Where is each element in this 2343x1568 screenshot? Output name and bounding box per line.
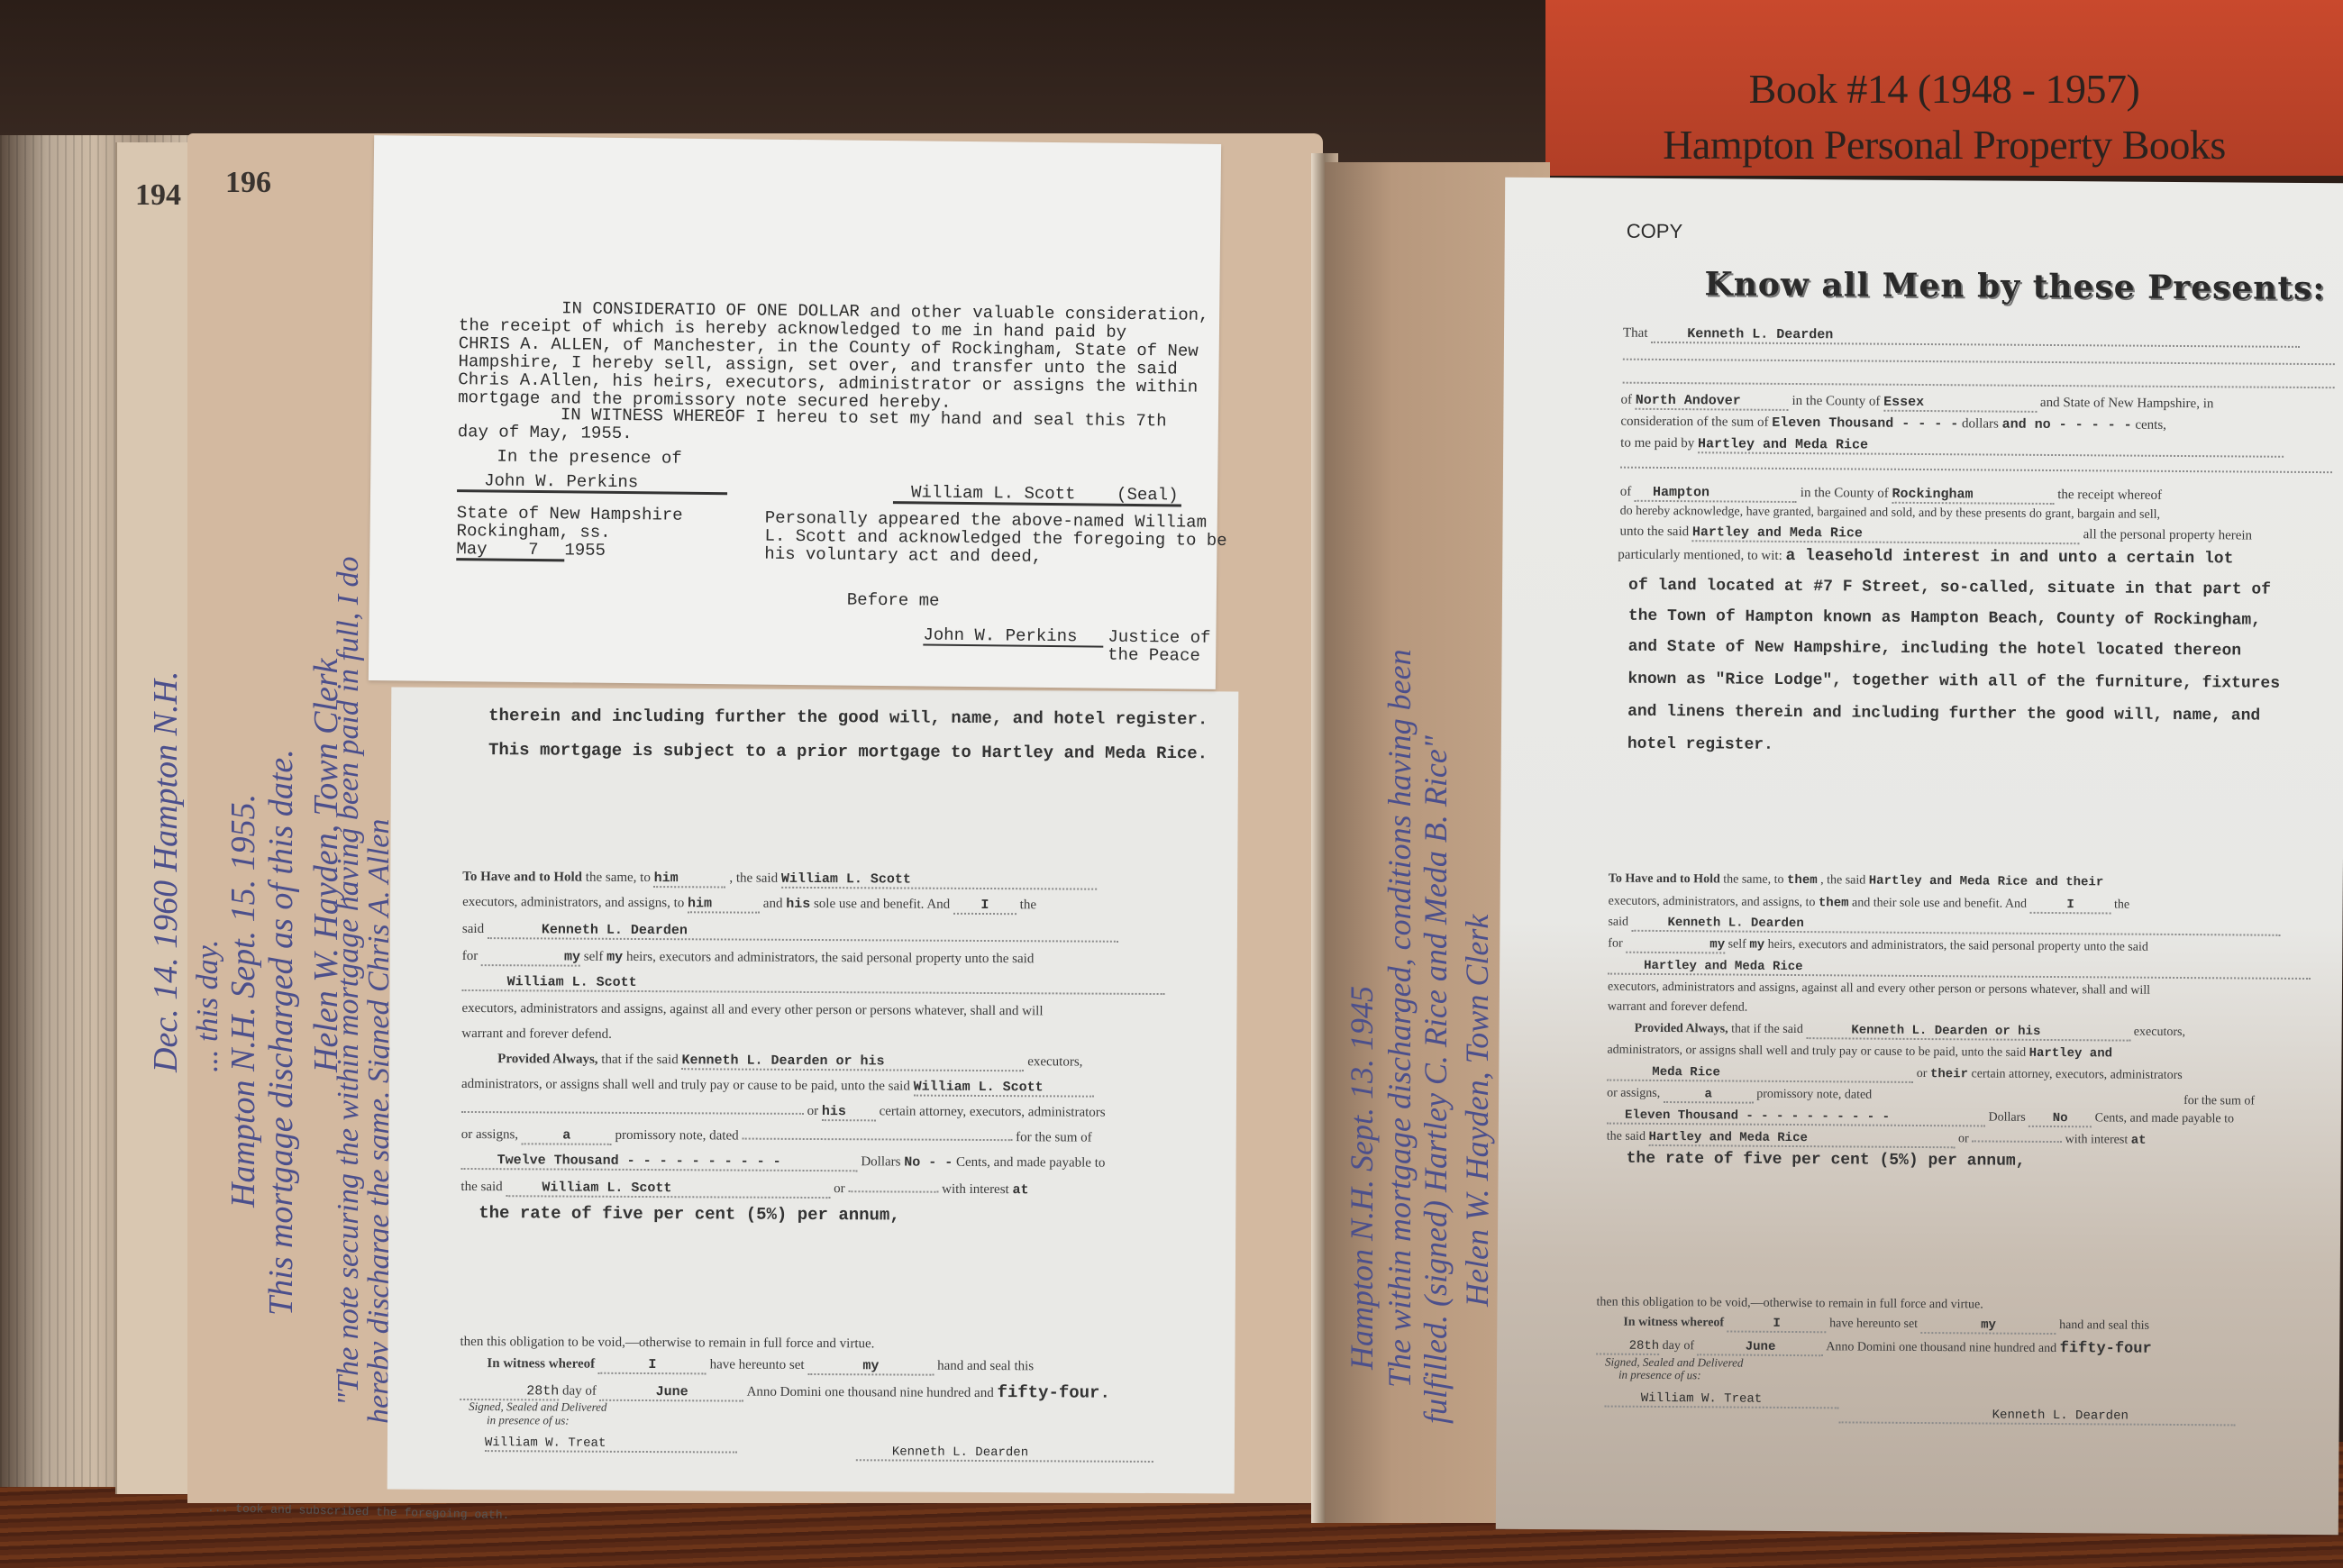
field-mortgagee: William L. Scott (914, 1080, 1094, 1098)
justice-title: Justice of (1108, 628, 1210, 647)
text: for (462, 949, 479, 963)
field-their: their (1930, 1067, 1968, 1081)
grantor-name: Kenneth L. Dearden (1839, 1407, 2236, 1426)
text: Cents, and made payable to (956, 1155, 1105, 1171)
field-dated (742, 1138, 1012, 1142)
field-cents: No - - (904, 1155, 953, 1171)
book-cover-label: Book #14 (1948 - 1957) Hampton Personal … (1545, 0, 2343, 176)
property-description-4: and State of New Hampshire, including th… (1628, 638, 2242, 661)
text: and their sole use and benefit. And (1852, 896, 2027, 910)
void-clause: then this obligation to be void,—otherwi… (460, 1335, 874, 1352)
text: and (763, 897, 783, 911)
text: or (807, 1104, 819, 1118)
seal-label: (Seal) (1117, 485, 1179, 506)
field-my: my (606, 950, 623, 965)
field-his: his (786, 897, 810, 912)
date-month-day: May 7 (456, 540, 564, 561)
text: , the said (729, 871, 778, 886)
book-title: Hampton Personal Property Books (1545, 121, 2343, 169)
field-month: June (1698, 1339, 1824, 1356)
text: of (1620, 393, 1632, 407)
field-day: 28th (1596, 1338, 1659, 1354)
text: the said (1607, 1130, 1646, 1144)
handwritten-note-discharge-statement: "The note securing the within mortgage h… (332, 556, 366, 1406)
text: the (2114, 898, 2129, 911)
grantor-line: That Kenneth L. Dearden (1623, 326, 2300, 348)
text: or assigns, (1607, 1087, 1660, 1100)
justice-title-2: the Peace (1108, 646, 1200, 665)
field-i: I (2029, 898, 2111, 915)
sum-of-label: for the sum of (2183, 1094, 2255, 1109)
property-line: particularly mentioned, to wit: a leaseh… (1618, 546, 2233, 569)
proviso-line-5: Twelve Thousand - - - - - - - - - - Doll… (461, 1153, 1106, 1173)
handwritten-note-dec-1960: Dec. 14. 1960 Hampton N.H. (146, 671, 186, 1072)
field-mortgagor: Kenneth L. Dearden (1631, 916, 2280, 936)
handwritten-note-sept-1955: Hampton N.H. Sept. 15. 1955. (223, 794, 263, 1208)
handwritten-note-discharged: This mortgage discharged as of this date… (261, 749, 301, 1316)
field-county: Essex (1883, 395, 2037, 413)
text: executors, (2134, 1026, 2185, 1039)
proviso-line-2: administrators, or assigns shall well an… (1607, 1044, 2112, 1062)
text: day of (1663, 1339, 1694, 1353)
text: in the County of (1801, 486, 1889, 501)
typed-hotel-register: therein and including further the good w… (488, 706, 1208, 729)
field-at: at (1012, 1182, 1028, 1198)
in-witness-label: In witness whereof (1623, 1316, 1724, 1330)
testimonium-line-1: In witness whereof I have hereunto set m… (1623, 1316, 2149, 1336)
date-month: May (456, 539, 487, 559)
habendum-line-1: To Have and to Hold the same, to him , t… (462, 870, 1097, 890)
blank-line (848, 1190, 938, 1193)
text: executors, administrators, and assigns, … (1609, 895, 1816, 910)
book-number: Book #14 (1948 - 1957) (1545, 65, 2343, 113)
text: that if the said (1731, 1023, 1803, 1037)
text: that if the said (601, 1053, 678, 1067)
field-mortgagee: William L. Scott (462, 974, 1165, 995)
habendum-line-7: warrant and forever defend. (1608, 1000, 1748, 1016)
handwritten-note-rice-signatures: fulfilled. (signed) Hartley C. Rice and … (1417, 735, 1454, 1424)
text: administrators, or assigns shall well an… (461, 1077, 910, 1094)
field-year: fifty-four. (997, 1382, 1110, 1403)
text: certain attorney, executors, administrat… (1971, 1067, 2182, 1082)
text: cents, (2135, 418, 2166, 433)
property-description-7: hotel register. (1627, 735, 1773, 754)
text: consideration of the sum of (1620, 415, 1768, 430)
presence-label: in presence of us: (487, 1413, 570, 1427)
in-witness-label: In witness whereof (487, 1356, 595, 1372)
field-mortgagee: Hartley and Meda Rice (1608, 959, 2311, 980)
field-cents: No (2028, 1111, 2092, 1127)
text: dollars (1962, 416, 1999, 431)
text: administrators, or assigns shall well an… (1607, 1044, 2026, 1060)
field-day: 28th (460, 1383, 559, 1401)
habendum-line-5: William L. Scott (462, 974, 1165, 995)
field-a: a (522, 1127, 612, 1145)
assignment-line-7: IN WITNESS WHEREOF I hereu to set my han… (561, 406, 1167, 430)
assignment-slip[interactable]: IN CONSIDERATIO OF ONE DOLLAR and other … (369, 135, 1221, 689)
text: the same, to (586, 871, 651, 885)
field-i: I (598, 1357, 707, 1375)
signer-name: William L. Scott (911, 482, 1076, 504)
blank-line (461, 1111, 804, 1115)
habendum-line-1: To Have and to Hold the same, to them , … (1609, 872, 2104, 890)
habendum-line-4: for my self my heirs, executors and admi… (1608, 937, 2148, 957)
void-clause: then this obligation to be void,—otherwi… (1596, 1295, 1983, 1312)
text: for (1608, 937, 1622, 951)
blank-line (1623, 359, 2335, 366)
text: the (1020, 898, 1036, 912)
blank-line (1972, 1140, 2062, 1143)
field-payer: Hartley and Meda Rice (1698, 436, 2284, 458)
proviso-line-1: Provided Always, that if the said Kennet… (1635, 1022, 2185, 1042)
justice-signature: John W. Perkins (923, 626, 1103, 648)
field-grantor: Kenneth L. Dearden (1651, 326, 2300, 348)
property-description-1: a leasehold interest in and unto a certa… (1785, 547, 2233, 568)
handwritten-note-dec-1960-line2: ... this day. (191, 940, 225, 1072)
text: hand and seal this (2059, 1318, 2149, 1333)
presence-label: in presence of us: (1618, 1368, 1701, 1383)
field-my: my (481, 949, 580, 967)
field-his: his (822, 1104, 876, 1121)
proviso-line-5: Eleven Thousand - - - - - - - - - - Doll… (1607, 1108, 2234, 1129)
field-town: North Andover (1636, 393, 1789, 411)
habendum-line-3: said Kenneth L. Dearden (462, 922, 1118, 943)
text: in the County of (1791, 394, 1880, 409)
consideration-line: consideration of the sum of Eleven Thous… (1620, 415, 2166, 433)
proviso-line-4: or assigns, a promissory note, dated (1607, 1087, 1872, 1105)
field-amount: Eleven Thousand - - - - - - - - - - (1607, 1108, 1985, 1127)
field-at: at (2131, 1134, 2147, 1148)
text: said (462, 922, 484, 936)
text: or (834, 1181, 845, 1196)
text: all the personal property herein (2083, 527, 2253, 542)
field-month: June (600, 1384, 744, 1402)
field-mortgagee-cont: Meda Rice (1607, 1065, 1913, 1083)
proviso-line-1: Provided Always, that if the said Kennet… (497, 1052, 1082, 1071)
proviso-line-3: Meda Rice or their certain attorney, exe… (1607, 1065, 2183, 1085)
before-me-label: Before me (847, 591, 940, 610)
field-payee: William L. Scott (506, 1180, 830, 1199)
payer-residence-line: of Hampton in the County of Rockingham t… (1620, 485, 2162, 506)
witness-signature-line: William W. Treat (485, 1436, 737, 1453)
witness-signature-line: William W. Treat (1605, 1391, 1839, 1409)
text: Anno Domini one thousand nine hundred an… (747, 1385, 994, 1400)
text: or (1917, 1067, 1928, 1080)
testimonium-line-1: In witness whereof I have hereunto set m… (487, 1356, 1034, 1376)
grantee-line: unto the said Hartley and Meda Rice all … (1619, 524, 2252, 546)
field-mortgagor: Kenneth L. Dearden or his (1806, 1023, 2130, 1042)
interest-rate-text: the rate of five per cent (5%) per annum… (1627, 1150, 2026, 1171)
text: have hereunto set (1829, 1317, 1918, 1331)
text: the receipt whereof (2057, 488, 2162, 503)
proviso-line-6: the said William L. Scott or with intere… (460, 1180, 1028, 1199)
property-description-6: and linens therein and including further… (1627, 703, 2260, 725)
typed-prior-mortgage: This mortgage is subject to a prior mort… (488, 740, 1208, 763)
field-mortgagor: Kenneth L. Dearden or his (681, 1053, 1024, 1071)
have-hold-label: To Have and to Hold (462, 870, 582, 885)
presence-label: In the presence of (497, 448, 681, 468)
field-a: a (1664, 1087, 1754, 1104)
grant-clause: do hereby acknowledge, have granted, bar… (1620, 505, 2160, 523)
text: have hereunto set (710, 1357, 805, 1372)
have-hold-label: To Have and to Hold (1609, 872, 1720, 887)
field-i: I (1728, 1317, 1827, 1334)
copy-stamp: COPY (1627, 220, 1683, 243)
mortgage-document-left[interactable]: therein and including further the good w… (387, 688, 1239, 1494)
text: said (1608, 916, 1628, 929)
text: self (584, 950, 604, 964)
proviso-line-2: administrators, or assigns shall well an… (461, 1077, 1094, 1098)
field-county: Rockingham (1892, 487, 2054, 505)
field-to: him (654, 871, 726, 888)
field-to: them (1819, 896, 1849, 910)
text: of (1620, 485, 1632, 499)
text: the same, to (1723, 872, 1783, 886)
field-i: I (953, 898, 1017, 915)
text: heirs, executors and administrators, the… (626, 950, 1034, 966)
property-description-2: of land located at #7 F Street, so-calle… (1628, 577, 2271, 599)
grantor-signature-line: Kenneth L. Dearden (856, 1445, 1153, 1463)
provided-always-label: Provided Always, (1635, 1022, 1728, 1036)
acknowledgment-line-3: his voluntary act and deed, (764, 545, 1042, 566)
provided-always-label: Provided Always, (497, 1052, 597, 1067)
date-day: 7 (528, 540, 539, 560)
text: That (1623, 326, 1648, 341)
text: with interest (2065, 1133, 2129, 1146)
page-number-194: 194 (135, 178, 181, 213)
property-description-3: the Town of Hampton known as Hampton Bea… (1628, 607, 2261, 630)
witness-signature: John W. Perkins (457, 471, 727, 495)
text: , the said (1820, 873, 1865, 887)
blank-line (1620, 467, 2332, 474)
field-mortgagee: Hartley and Meda Rice and their (1869, 874, 2104, 890)
handwritten-note-clerk-1945: Helen W. Hayden, Town Clerk (1458, 915, 1496, 1307)
field-my: my (807, 1358, 934, 1376)
acknowledgment-date: May 71955 (456, 540, 606, 562)
date-year: 1955 (564, 540, 606, 560)
text: Dollars (861, 1154, 900, 1169)
signer-signature-line: William L. Scott (Seal) (893, 483, 1181, 506)
residence-line: of North Andover in the County of Essex … (1620, 393, 2213, 415)
text: to me paid by (1620, 436, 1694, 451)
grantor-signature-line: Kenneth L. Dearden (1839, 1407, 2236, 1426)
handwritten-note-discharged-1945: The within mortgage discharged, conditio… (1381, 649, 1418, 1388)
habendum-line-7: warrant and forever defend. (461, 1026, 612, 1043)
text: with interest (942, 1182, 1009, 1197)
text: executors, (1027, 1054, 1082, 1069)
field-my: my (1921, 1317, 2056, 1335)
assignment-line-8: day of May, 1955. (458, 423, 633, 442)
habendum-line-2: executors, administrators, and assigns, … (1609, 895, 2130, 915)
text: Cents, and made payable to (2095, 1111, 2234, 1126)
habendum-line-6: executors, administrators and assigns, a… (1608, 980, 2150, 998)
proviso-line-6: the said Hartley and Meda Rice or with i… (1607, 1130, 2147, 1150)
text: particularly mentioned, to wit: (1618, 548, 1782, 563)
proviso-line-4: or assigns, a promissory note, dated for… (461, 1127, 1092, 1148)
text: unto the said (1619, 524, 1689, 540)
habendum-line-5: Hartley and Meda Rice (1608, 959, 2311, 980)
text: day of (562, 1384, 597, 1399)
field-town: Hampton (1635, 485, 1797, 503)
text: promissory note, dated (1756, 1088, 1872, 1102)
field-to: him (688, 896, 760, 913)
proviso-line-3: or his certain attorney, executors, admi… (461, 1102, 1106, 1123)
text: promissory note, dated (615, 1128, 739, 1144)
text: heirs, executors and administrators, the… (1768, 938, 2148, 954)
text: sole use and benefit. And (814, 897, 950, 912)
field-consideration-cents: and no - - - - - (2002, 417, 2132, 433)
habendum-line-4: for my self my heirs, executors and admi… (462, 949, 1035, 969)
text: executors, administrators, and assigns, … (462, 895, 684, 910)
blank-line (1623, 382, 2335, 389)
field-year: fifty-four (2060, 1340, 2152, 1358)
witness-name: William W. Treat (485, 1436, 737, 1453)
field-consideration-amount: Eleven Thousand - - - - (1772, 415, 1958, 432)
text: or (1958, 1132, 1969, 1145)
field-my: my (1749, 938, 1764, 953)
text: certain attorney, executors, administrat… (880, 1104, 1106, 1119)
page-number-196: 196 (225, 166, 271, 200)
document-heading: Know all Men by these Presents: (1704, 265, 2325, 307)
habendum-line-2: executors, administrators, and assigns, … (462, 895, 1036, 915)
text: or assigns, (461, 1127, 518, 1142)
field-mortgagee: Hartley and (2029, 1046, 2113, 1062)
property-description-5: known as "Rice Lodge", together with all… (1627, 670, 2280, 693)
habendum-line-6: executors, administrators and assigns, a… (461, 1001, 1043, 1019)
field-amount: Twelve Thousand - - - - - - - - - - (461, 1153, 858, 1171)
mortgage-document-right-copy[interactable]: COPY Know all Men by these Presents: Tha… (1496, 178, 2343, 1535)
field-to: them (1787, 873, 1818, 888)
text: the said (460, 1180, 502, 1194)
field-payee: Hartley and Meda Rice (1648, 1130, 1955, 1148)
witness-name: William W. Treat (1605, 1391, 1839, 1409)
habendum-line-3: said Kenneth L. Dearden (1608, 916, 2280, 936)
field-my: my (1626, 937, 1725, 954)
grantor-name: Kenneth L. Dearden (856, 1445, 1153, 1463)
text: for the sum of (1016, 1130, 1092, 1144)
handwritten-note-sept-1945: Hampton N.H. Sept. 13. 1945 (1343, 986, 1381, 1370)
interest-rate-text: the rate of five per cent (5%) per annum… (479, 1203, 900, 1225)
text: hand and seal this (937, 1359, 1034, 1374)
paid-by-line: to me paid by Hartley and Meda Rice (1620, 436, 2284, 458)
field-mortgagee: William L. Scott (781, 871, 1097, 890)
text: Dollars (1988, 1111, 2025, 1125)
text: self (1728, 938, 1746, 952)
text: Anno Domini one thousand nine hundred an… (1826, 1340, 2056, 1355)
field-mortgagor: Kenneth L. Dearden (488, 922, 1118, 943)
field-grantee: Hartley and Meda Rice (1692, 524, 2080, 544)
text: and State of New Hampshire, in (2040, 396, 2214, 411)
